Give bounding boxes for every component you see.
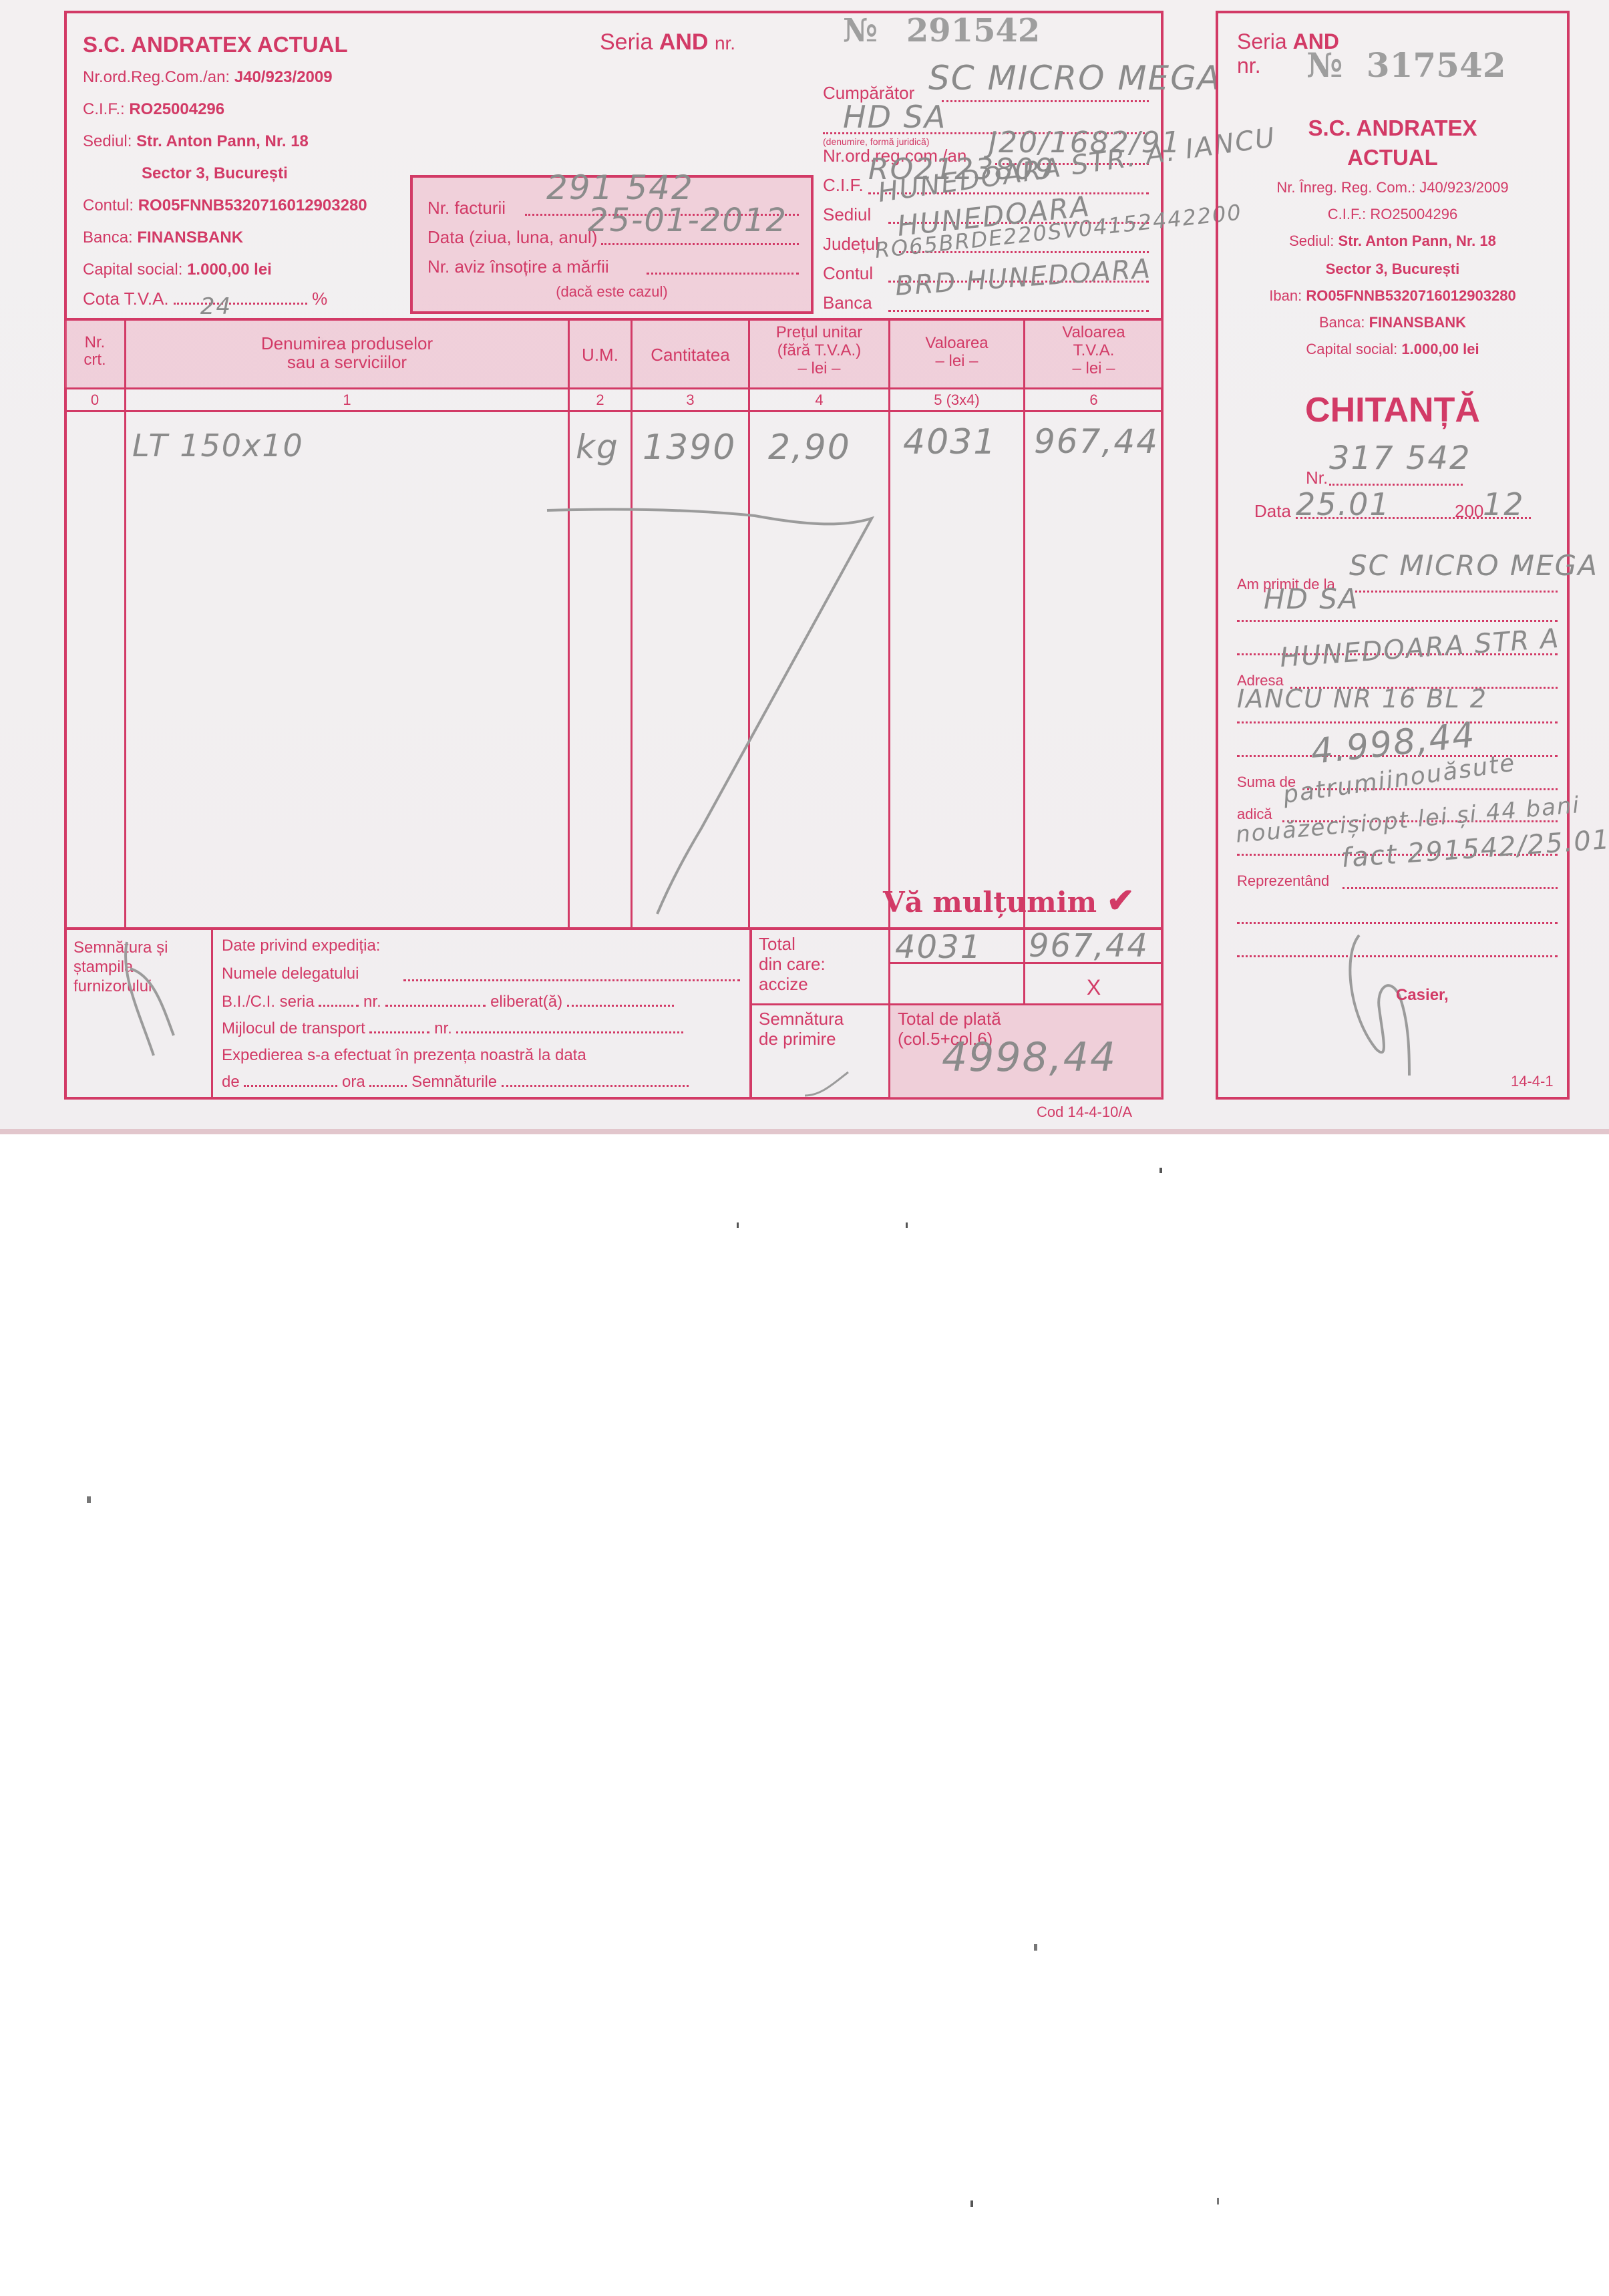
receipt-date-value[interactable]: 25.01 (1296, 486, 1391, 522)
scan-speck (87, 1496, 91, 1503)
expedition-de-label: de (222, 1073, 240, 1091)
receipt-reg-com: Nr. Înreg. Reg. Com.: J40/923/2009 (1218, 179, 1567, 196)
receipt-capital: Capital social: 1.000,00 lei (1218, 341, 1567, 358)
delegate-field: Numele delegatului (222, 965, 359, 983)
id-issued-label: eliberat(ă) (490, 993, 562, 1011)
expedition-title: Date privind expediția: (222, 937, 380, 955)
representing-label: Reprezentând (1237, 872, 1329, 890)
transport-field: Mijlocul de transport nr. (222, 1019, 683, 1038)
transport-nr-label: nr. (434, 1019, 452, 1037)
accize-vat-mark: X (1025, 975, 1162, 1000)
receipt-series-label: Seria (1237, 29, 1287, 53)
expedition-signatures-label: Semnăturile (411, 1073, 497, 1091)
receipt-signature-line: de primire (759, 1029, 844, 1049)
receipt-signature-tick (801, 1069, 855, 1102)
receipt-title: CHITANȚĂ (1218, 390, 1567, 430)
transport-label: Mijlocul de transport (222, 1019, 365, 1037)
receipt-capital-label: Capital social: (1306, 341, 1397, 357)
thanks-message: Vă mulțumim ✔ (883, 880, 1135, 920)
total-vat[interactable]: 967,44 (1029, 927, 1149, 965)
receipt-number: 317542 (1367, 45, 1506, 85)
receipt-bank-label: Banca: (1319, 314, 1365, 331)
total-value[interactable]: 4031 (895, 929, 982, 966)
scan-speck (906, 1222, 908, 1228)
received-from-line-2 (1237, 620, 1558, 622)
receipt-company-line: ACTUAL (1218, 143, 1567, 172)
total-label: Total din care: accize (759, 934, 826, 994)
delegate-line (403, 979, 740, 981)
scan-speck (1217, 2198, 1219, 2204)
receipt-iban-value: RO05FNNB5320716012903280 (1306, 287, 1515, 304)
id-label: B.I./C.I. seria (222, 993, 315, 1011)
total-label-line: din care: (759, 954, 826, 974)
receipt-bank-value: FINANSBANK (1369, 314, 1466, 331)
receipt-date-label: Data (1254, 501, 1291, 522)
receipt-company-line: S.C. ANDRATEX (1218, 114, 1567, 143)
receipt-number-stamp: № 317542 (1306, 45, 1506, 85)
receipt-iban-label: Iban: (1269, 287, 1302, 304)
representing-line (1343, 887, 1558, 889)
footer-divider (211, 929, 213, 1100)
expedition-date-field: de ora Semnăturile (222, 1073, 689, 1092)
scan-speck (970, 2200, 973, 2207)
total-pay-label-line: Total de plată (898, 1009, 1001, 1029)
total-label-line: Total (759, 934, 826, 954)
receipt-signature-label: Semnătura de primire (759, 1009, 844, 1049)
checkmark-icon: ✔ (1107, 880, 1135, 920)
receipt-sediul: Sediul: Str. Anton Pann, Nr. 18 (1218, 232, 1567, 250)
thanks-text: Vă mulțumim (883, 886, 1097, 919)
scan-speck (1159, 1168, 1162, 1173)
cashier-label: Casier, (1396, 986, 1449, 1005)
receipt-capital-value: 1.000,00 lei (1401, 341, 1479, 357)
receipt-year-overwrite: 12 (1483, 486, 1525, 522)
number-sign-icon: № (1306, 45, 1343, 85)
id-field: B.I./C.I. seria nr. eliberat(ă) (222, 993, 674, 1011)
receipt-nr-label: nr. (1237, 53, 1261, 77)
expedition-ora-label: ora (342, 1073, 365, 1091)
receipt-iban: Iban: RO05FNNB5320716012903280 (1218, 287, 1567, 305)
scanned-document: S.C. ANDRATEX ACTUAL Nr.ord.Reg.Com./an:… (0, 0, 1609, 1134)
receipt-nr-value[interactable]: 317 542 (1329, 440, 1471, 477)
receipt-sector: Sector 3, București (1218, 261, 1567, 278)
total-label-line: accize (759, 974, 826, 994)
scan-speck (737, 1222, 739, 1228)
scan-speck (1034, 1944, 1037, 1951)
received-from-value-1[interactable]: SC MICRO MEGA (1349, 549, 1598, 582)
receipt-form-code: 14-4-1 (1511, 1073, 1554, 1090)
address-value-2[interactable]: IANCU NR 16 BL 2 (1237, 684, 1487, 713)
receipt-nr-line (1329, 484, 1463, 486)
received-from-value-2[interactable]: HD SA (1264, 583, 1359, 615)
cashier-signature (1336, 929, 1429, 1089)
receipt-signature-line: Semnătura (759, 1009, 844, 1029)
supplier-signature (100, 935, 194, 1069)
receipt-bank: Banca: FINANSBANK (1218, 314, 1567, 331)
form-code: Cod 14-4-10/A (1037, 1104, 1132, 1121)
blank-line (1237, 922, 1558, 924)
total-pay-value[interactable]: 4998,44 (942, 1034, 1117, 1081)
receipt-cif: C.I.F.: RO25004296 (1218, 206, 1567, 223)
receipt-nr-field-label: Nr. (1306, 468, 1328, 488)
receipt-company: S.C. ANDRATEX ACTUAL (1218, 114, 1567, 172)
receipt-sediul-label: Sediul: (1289, 232, 1334, 249)
delegate-label: Numele delegatului (222, 965, 359, 983)
received-from-line-1 (1351, 591, 1558, 593)
expedition-statement: Expedierea s-a efectuat în prezența noas… (222, 1046, 586, 1065)
receipt-sediul-value: Str. Anton Pann, Nr. 18 (1338, 232, 1496, 249)
id-nr-label: nr. (363, 993, 381, 1011)
footer-divider (749, 929, 752, 1100)
